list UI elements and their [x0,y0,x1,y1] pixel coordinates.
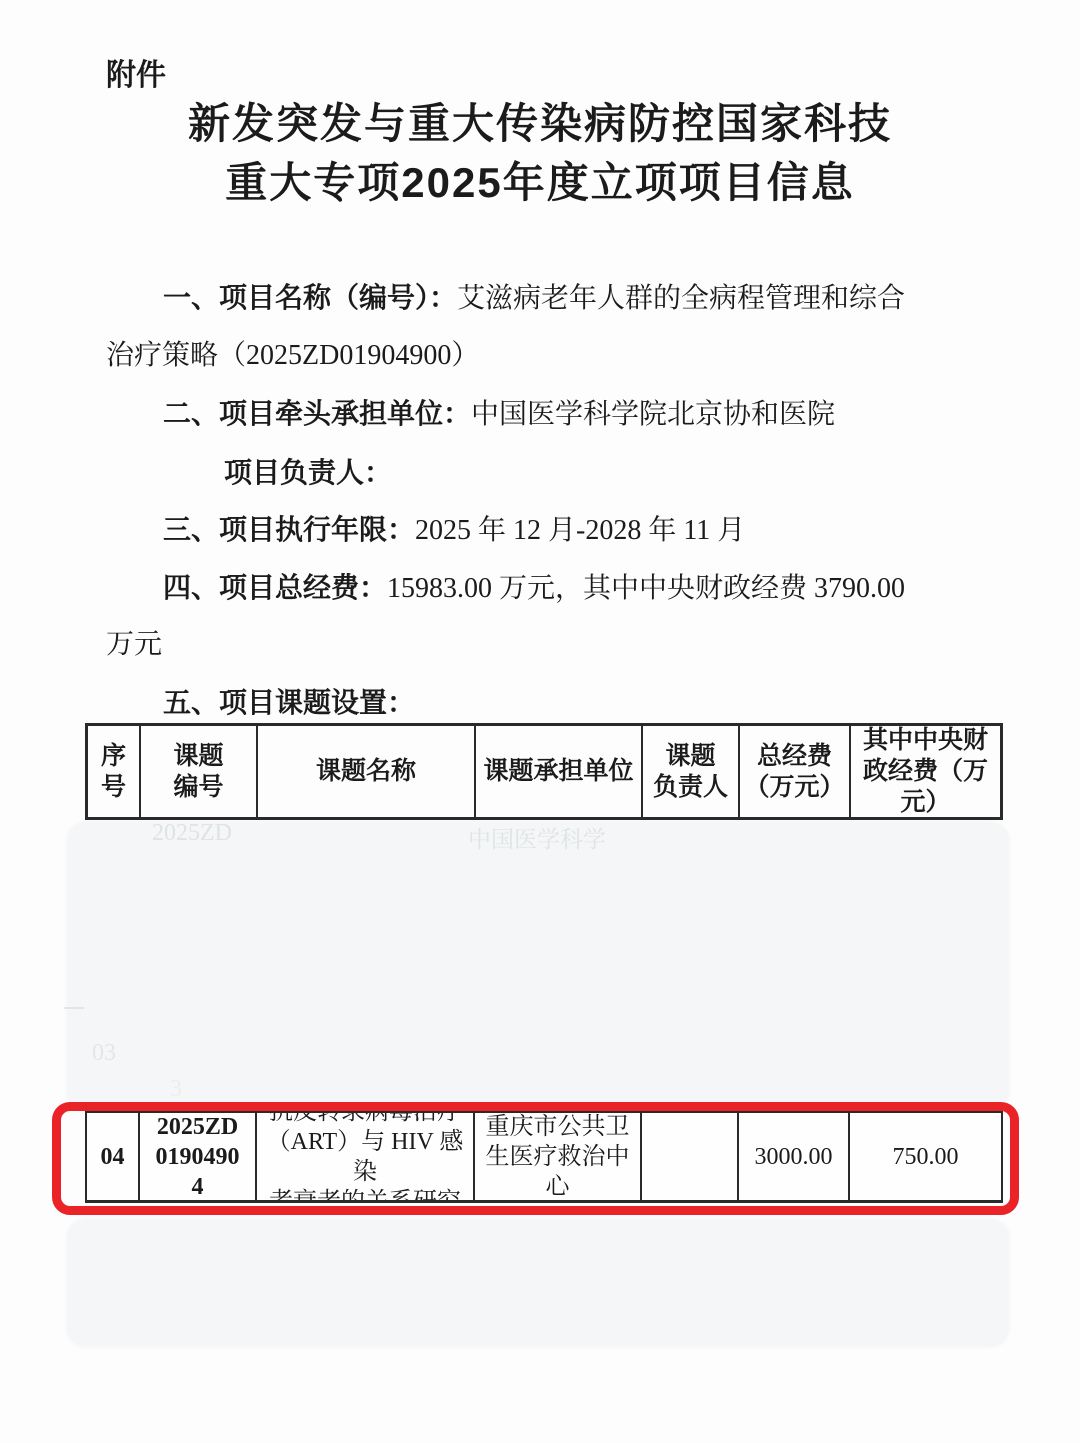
header-line: 总经费 [757,741,832,772]
section-1-label: 一、项目名称（编号）： [163,282,457,313]
header-line: 课题 [665,741,715,772]
document-title: 新发突发与重大传染病防控国家科技 重大专项2025年度立项项目信息 [0,94,1080,212]
redacted-rows-lower [66,1218,1010,1348]
header-line: 负责人 [653,772,728,803]
attachment-label: 附件 [106,50,166,94]
header-cell-seq: 序 号 [88,726,141,817]
section-2-label: 二、项目牵头承担单位： [163,398,471,429]
redacted-rows-upper [66,821,1010,1111]
red-highlight-box [52,1102,1019,1215]
header-cell-name: 课题名称 [258,726,476,817]
section-project-name-cont: 治疗策略（2025ZD01904900） [106,339,479,373]
document-title-line1: 新发突发与重大传染病防控国家科技 [0,94,1080,153]
section-4-value-line2: 万元 [106,629,162,660]
header-cell-leader: 课题 负责人 [643,726,740,817]
section-3-value: 2025 年 12 月-2028 年 11 月 [415,515,745,546]
ghost-row1-unit: 中国医学科学 [468,821,606,854]
section-2-value: 中国医学科学院北京协和医院 [471,399,835,430]
header-cell-code: 课题 编号 [141,726,258,817]
header-cell-total: 总经费 （万元） [740,726,851,817]
section-2b-label: 项目负责人： [224,457,392,488]
ghost-row3-digit: 3 [170,1076,182,1103]
header-cell-unit: 课题承担单位 [476,726,643,817]
ghost-row1-code: 2025ZD [152,820,232,847]
table-header-row: 序 号 课题 编号 课题名称 课题承担单位 课题 负责人 总经费 （万元） 其中… [85,723,1003,820]
section-subtopics-heading: 五、项目课题设置： [163,686,415,721]
header-line: 政经费（万 [863,756,988,787]
header-cell-central: 其中中央财 政经费（万 元） [851,726,1000,817]
section-5-label: 五、项目课题设置： [163,687,415,718]
document-title-line2: 重大专项2025年度立项项目信息 [0,153,1080,212]
section-1-value-line2: 治疗策略（2025ZD01904900） [106,340,479,371]
document-page: 附件 新发突发与重大传染病防控国家科技 重大专项2025年度立项项目信息 一、项… [0,0,1080,1443]
section-duration: 三、项目执行年限：2025 年 12 月-2028 年 11 月 [163,513,745,548]
header-line: 课题承担单位 [483,756,633,787]
section-1-value-line1: 艾滋病老年人群的全病程管理和综合 [457,283,905,314]
header-line: 课题名称 [316,756,416,787]
ghost-row3-no: 03 [92,1040,116,1067]
section-total-budget-cont: 万元 [106,628,162,662]
section-4-label: 四、项目总经费： [163,572,387,603]
header-line: 元） [900,787,950,817]
section-project-name: 一、项目名称（编号）：艾滋病老年人群的全病程管理和综合 [163,281,905,316]
section-project-leader: 项目负责人： [224,456,392,491]
section-4-value-line1: 15983.00 万元，其中中央财政经费 3790.00 [387,573,905,604]
section-3-label: 三、项目执行年限： [163,514,415,545]
ghost-row-divider [64,1007,84,1009]
header-line: 其中中央财 [863,726,988,756]
header-line: 号 [101,772,126,803]
header-line: （万元） [744,772,844,803]
section-total-budget: 四、项目总经费：15983.00 万元，其中中央财政经费 3790.00 [163,571,905,606]
header-line: 序 [101,741,126,772]
section-lead-unit: 二、项目牵头承担单位：中国医学科学院北京协和医院 [163,397,835,432]
header-line: 编号 [173,772,223,803]
header-line: 课题 [173,741,223,772]
